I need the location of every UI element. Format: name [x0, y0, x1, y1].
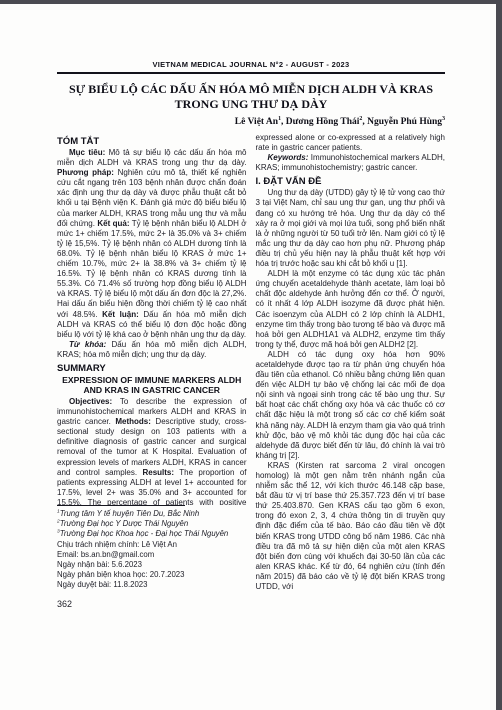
footnote-text: Trường Đại học Y Dược Thái Nguyên — [60, 519, 189, 528]
author-3-affiliation-mark: 3 — [442, 116, 445, 122]
journal-page-scan: VIETNAM MEDICAL JOURNAL N°2 - AUGUST - 2… — [0, 0, 502, 710]
footnote-rule — [57, 505, 185, 506]
summary-continuation: expressed alone or co-expressed at a rel… — [256, 133, 446, 153]
article-title-line2: TRONG UNG THƯ DẠ DÀY — [175, 97, 328, 111]
left-column: TÓM TẮT Mục tiêu: Mô tả sự biểu lộ các d… — [57, 133, 247, 697]
right-column: expressed alone or co-expressed at a rel… — [256, 133, 446, 697]
footnote-affiliation-3: 3Trường Đại học Khoa học - Đại học Thái … — [57, 529, 247, 539]
article-title-line1: SỰ BIỂU LỘ CÁC DẤU ẤN HÓA MÔ MIỄN DỊCH A… — [69, 82, 433, 96]
article-title: SỰ BIỂU LỘ CÁC DẤU ẤN HÓA MÔ MIỄN DỊCH A… — [57, 82, 445, 112]
footnote-text: Trung tâm Y tế huyện Tiên Du, Bắc Ninh — [60, 509, 199, 518]
scan-right-edge — [496, 0, 502, 710]
footnote-email: Email: bs.an.bn@gmail.com — [57, 550, 247, 560]
abstract-keywords: Từ khóa: Dấu ấn hóa mô miễn dịch ALDH, K… — [57, 340, 247, 360]
page-number: 362 — [57, 599, 72, 609]
author-1: Lê Việt An — [235, 117, 278, 127]
summary-subtitle: EXPRESSION OF IMMUNE MARKERS ALDH AND KR… — [57, 375, 247, 396]
summary-heading: SUMMARY — [57, 363, 247, 374]
introduction-paragraph-1: Ung thư dạ dày (UTDD) gây tỷ lệ tử vong … — [256, 188, 446, 269]
abstract-heading: TÓM TẮT — [57, 136, 247, 147]
footnote-affiliation-2: 2Trường Đại học Y Dược Thái Nguyên — [57, 519, 247, 529]
footnote-block: 1Trung tâm Y tế huyện Tiên Du, Bắc Ninh … — [57, 505, 247, 697]
introduction-heading: I. ĐẶT VẤN ĐỀ — [256, 176, 446, 187]
introduction-paragraph-4: KRAS (Kirsten rat sarcoma 2 viral oncoge… — [256, 461, 446, 592]
introduction-paragraph-3: ALDH có tác dụng oxy hóa hơn 90% acetald… — [256, 350, 446, 461]
footnote-text: Trường Đại học Khoa học - Đại học Thái N… — [60, 529, 229, 538]
page-content: VIETNAM MEDICAL JOURNAL N°2 - AUGUST - 2… — [57, 0, 445, 697]
abstract-text: Mục tiêu: Mô tả sự biểu lộ các dấu ấn hó… — [57, 148, 247, 340]
author-2: Dương Hồng Thái — [286, 117, 360, 127]
two-column-body: TÓM TẮT Mục tiêu: Mô tả sự biểu lộ các d… — [57, 133, 445, 697]
author-byline: Lê Việt An1, Dương Hồng Thái2, Nguyễn Ph… — [57, 117, 445, 127]
journal-header: VIETNAM MEDICAL JOURNAL N°2 - AUGUST - 2… — [57, 60, 445, 74]
footnote-date-received: Ngày nhận bài: 5.6.2023 — [57, 560, 247, 570]
footnote-date-accepted: Ngày duyệt bài: 11.8.2023 — [57, 580, 247, 590]
author-3: Nguyễn Phú Hùng — [367, 117, 442, 127]
footnote-affiliation-1: 1Trung tâm Y tế huyện Tiên Du, Bắc Ninh — [57, 509, 247, 519]
summary-keywords: Keywords: Immunohistochemical markers AL… — [256, 153, 446, 173]
footnote-responsible-author: Chịu trách nhiệm chính: Lê Việt An — [57, 540, 247, 550]
footnote-date-reviewed: Ngày phản biện khoa học: 20.7.2023 — [57, 570, 247, 580]
introduction-paragraph-2: ALDH là một enzyme có tác dụng xúc tác p… — [256, 269, 446, 350]
